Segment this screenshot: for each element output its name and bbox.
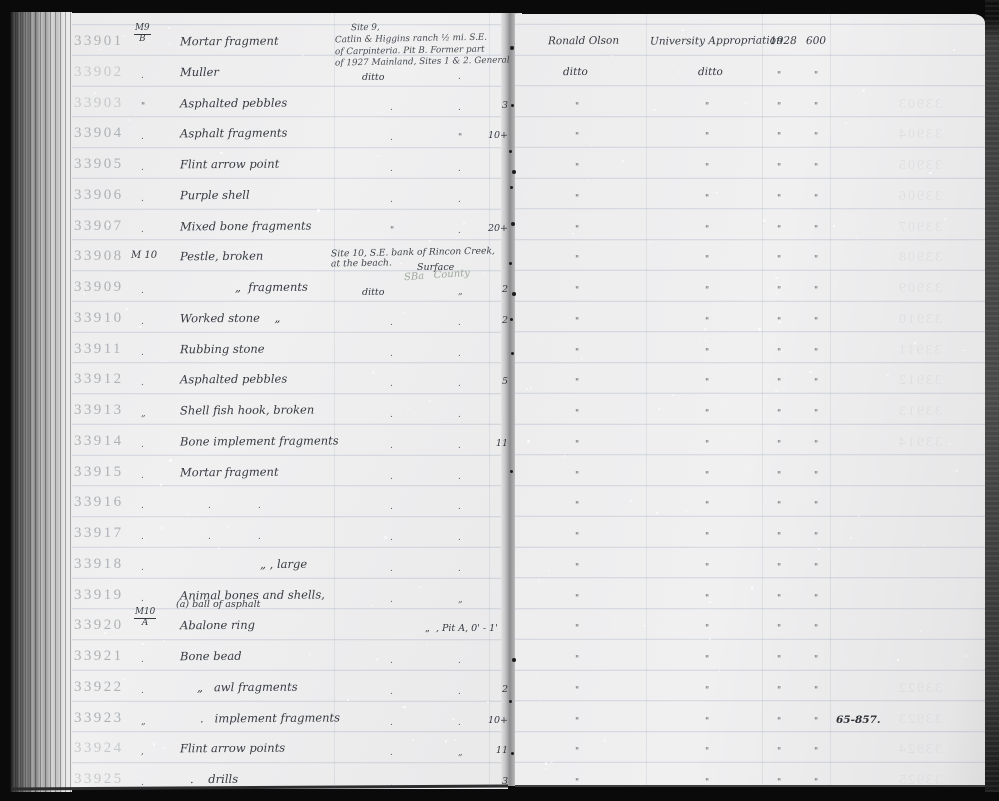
year-note: " <box>777 624 781 634</box>
paper-speck <box>704 328 707 331</box>
locality-mark: . <box>390 133 393 143</box>
site-mark: M10A <box>134 608 156 628</box>
paper-speck <box>173 405 174 406</box>
price-number: " <box>814 747 818 757</box>
ghost-number: 33924 <box>897 742 942 758</box>
fund-note: " <box>705 163 709 173</box>
ghost-number: 33914 <box>897 435 942 451</box>
price-number: " <box>814 255 818 265</box>
collector-name: " <box>575 255 579 265</box>
ghost-number: 33925 <box>897 773 942 789</box>
paper-speck <box>378 112 380 114</box>
catalog-number: 33918 <box>74 556 124 573</box>
binding-thread-mark <box>509 262 512 265</box>
paper-speck <box>775 277 778 280</box>
paper-speck <box>294 222 296 224</box>
site-mark: . <box>141 594 144 604</box>
paper-speck <box>305 278 306 279</box>
locality-mark: . <box>390 441 393 451</box>
paper-speck <box>419 586 421 588</box>
locality-mark-2: . <box>458 779 461 789</box>
locality-mark: . <box>390 103 393 113</box>
paper-speck <box>341 681 342 682</box>
price-number: " <box>814 409 818 419</box>
paper-speck <box>164 361 166 363</box>
catalog-number: 33907 <box>74 218 124 235</box>
price-number: " <box>814 378 818 388</box>
paper-speck <box>581 357 583 359</box>
object-description: Shell fish hook, broken <box>180 403 314 418</box>
paper-speck <box>153 743 155 745</box>
locality-mark-2: . <box>458 533 461 543</box>
paper-speck <box>527 440 530 443</box>
locality-mark: . <box>390 318 393 328</box>
paper-speck <box>107 223 110 226</box>
paper-speck <box>139 326 141 328</box>
paper-speck <box>644 625 646 627</box>
price-number: " <box>814 655 818 665</box>
fund-note: " <box>705 655 709 665</box>
site-mark: . <box>141 501 144 511</box>
site-mark: . <box>141 471 144 481</box>
year-note: " <box>777 440 781 450</box>
locality-mark: . <box>390 748 393 758</box>
paper-speck <box>613 623 615 625</box>
paper-speck <box>463 222 466 225</box>
paper-speck <box>687 101 688 102</box>
paper-speck <box>775 389 778 392</box>
paper-speck <box>763 219 766 222</box>
paper-speck <box>550 761 552 763</box>
price-number: " <box>814 594 818 604</box>
locality-mark: „ , Pit A, 0' - 1' <box>425 623 498 634</box>
paper-speck <box>818 548 820 550</box>
locality-mark: . <box>390 533 393 543</box>
object-description: Asphalted pebbles <box>180 372 287 387</box>
fund-note: " <box>705 532 709 542</box>
object-description: Flint arrow points <box>180 741 285 756</box>
paper-speck <box>672 394 674 396</box>
paper-speck <box>347 699 349 701</box>
paper-speck <box>658 408 660 410</box>
locality-mark-2: . <box>458 472 461 482</box>
paper-speck <box>862 89 865 92</box>
fund-note: " <box>705 225 709 235</box>
binding-thread-mark <box>511 222 515 226</box>
locality-mark: . <box>390 595 393 605</box>
fund-note: " <box>705 778 709 788</box>
paper-speck <box>250 208 251 209</box>
ghost-number: 33907 <box>897 220 942 236</box>
site-mark: . <box>141 225 144 235</box>
quantity: 2 <box>468 315 508 326</box>
paper-speck <box>169 43 171 45</box>
price-number: " <box>814 686 818 696</box>
paper-speck <box>758 328 760 330</box>
paper-speck <box>897 659 899 661</box>
site-mark: . <box>141 378 144 388</box>
collector-name: " <box>575 378 579 388</box>
fund-note: ditto <box>698 66 723 78</box>
price-number: " <box>814 317 818 327</box>
quantity: 10+ <box>468 130 508 141</box>
year-note: " <box>777 471 781 481</box>
catalog-number: 33916 <box>74 494 124 511</box>
object-description: . <box>208 532 211 542</box>
locality-mark: . <box>390 349 393 359</box>
site-mark: " <box>141 102 145 112</box>
quantity: 20+ <box>468 223 508 234</box>
paper-speck <box>163 640 165 642</box>
catalog-number: 33919 <box>74 587 124 604</box>
object-description: Mortar fragment <box>180 464 279 479</box>
paper-speck <box>400 263 402 265</box>
object-description: . drills <box>190 772 238 786</box>
object-description: Mortar fragment <box>180 34 279 49</box>
paper-speck <box>751 586 754 589</box>
paper-speck <box>564 455 566 457</box>
paper-speck <box>850 537 852 539</box>
paper-speck <box>484 272 486 274</box>
object-description: Muller <box>180 65 219 79</box>
catalog-number: 33905 <box>74 156 124 173</box>
locality-mark-2: . <box>458 718 461 728</box>
paper-speck <box>538 580 541 583</box>
locality-ditto: ditto <box>362 287 384 298</box>
paper-speck <box>649 241 652 244</box>
quantity: 3 <box>468 100 508 111</box>
paper-speck <box>228 526 229 527</box>
paper-speck <box>724 399 726 401</box>
paper-speck <box>530 387 533 390</box>
year-note: " <box>777 255 781 265</box>
locality-mark: . <box>390 687 393 697</box>
binding-thread-mark <box>509 700 512 703</box>
locality-mark: . <box>390 564 393 574</box>
paper-speck <box>357 186 358 187</box>
paper-speck <box>317 209 319 211</box>
price-note: 65-857. <box>836 714 881 726</box>
binding-thread-mark <box>510 46 514 50</box>
price-number: " <box>814 71 818 81</box>
ghost-number: 33913 <box>897 404 942 420</box>
object-description-note: (a) ball of asphalt <box>176 599 260 610</box>
ghost-number: 33905 <box>897 158 942 174</box>
paper-speck <box>712 711 713 712</box>
paper-speck <box>452 718 454 720</box>
site-mark: . <box>141 71 144 81</box>
ghost-number: 33909 <box>897 281 942 297</box>
price-number: " <box>814 501 818 511</box>
collector-name: " <box>575 563 579 573</box>
fund-note: " <box>705 624 709 634</box>
collector-name: " <box>575 532 579 542</box>
site-mark: . <box>141 163 144 173</box>
object-description: Abalone ring <box>180 618 255 633</box>
price-number: " <box>814 624 818 634</box>
quantity: 3 <box>468 776 508 787</box>
paper-speck <box>774 342 775 343</box>
locality-line: Catlin & Higgins ranch ½ mi. S.E. <box>335 33 487 46</box>
paper-speck <box>656 512 657 513</box>
locality-mark-2: . <box>458 656 461 666</box>
paper-speck <box>809 371 812 374</box>
site-mark: „ <box>141 409 146 419</box>
locality-mark-2: . <box>458 502 461 512</box>
catalog-number: 33914 <box>74 433 124 450</box>
paper-speck <box>810 38 812 40</box>
binding-thread-mark <box>512 170 516 174</box>
paper-speck <box>372 371 375 374</box>
paper-speck <box>944 218 946 220</box>
paper-speck <box>781 350 783 352</box>
price-number: " <box>814 225 818 235</box>
locality-mark-2: . <box>458 226 461 236</box>
paper-speck <box>716 192 718 194</box>
price-number: " <box>814 348 818 358</box>
paper-speck <box>611 55 613 57</box>
paper-speck <box>622 160 624 162</box>
paper-speck <box>709 601 711 603</box>
collector-name: " <box>575 686 579 696</box>
price-number: " <box>814 440 818 450</box>
quantity: 11 <box>468 438 508 449</box>
catalog-number: 33912 <box>74 371 124 388</box>
paper-speck <box>918 678 919 679</box>
fund-note: " <box>705 255 709 265</box>
locality-mark-2: „ <box>458 287 463 297</box>
catalog-number: 33923 <box>74 710 124 727</box>
collector-name: " <box>575 132 579 142</box>
paper-speck <box>385 507 386 508</box>
paper-speck <box>142 735 143 736</box>
paper-speck <box>883 299 884 300</box>
paper-speck <box>371 605 372 606</box>
paper-speck <box>403 312 406 315</box>
paper-speck <box>845 122 847 124</box>
binding-thread-mark <box>510 470 513 473</box>
locality-mark-2: . <box>458 103 461 113</box>
paper-speck <box>834 286 836 288</box>
paper-speck <box>123 35 124 36</box>
catalog-number: 33904 <box>74 125 124 142</box>
paper-speck <box>678 71 680 73</box>
paper-speck <box>168 27 170 29</box>
fund-note: " <box>705 132 709 142</box>
fund-note: " <box>705 471 709 481</box>
fund-note: " <box>705 747 709 757</box>
paper-speck <box>526 388 528 390</box>
paper-speck <box>261 151 263 153</box>
paper-speck <box>929 172 931 174</box>
site-mark: . <box>141 655 144 665</box>
collector-name: " <box>575 747 579 757</box>
locality-mark: . <box>390 164 393 174</box>
object-description: Bone bead <box>180 649 242 663</box>
ghost-number: 33903 <box>897 97 942 113</box>
site-mark: M 10 <box>131 250 157 261</box>
year-note: " <box>777 102 781 112</box>
locality-mark-2: . <box>458 410 461 420</box>
collector-name: " <box>575 624 579 634</box>
paper-speck <box>845 208 846 209</box>
fund-note: " <box>705 317 709 327</box>
quantity: 10+ <box>468 715 508 726</box>
quantity: 2 <box>468 684 508 695</box>
paper-speck <box>377 155 379 157</box>
catalog-number: 33902 <box>74 64 124 81</box>
locality-mark: . <box>390 718 393 728</box>
site-mark-bottom: A <box>142 619 148 629</box>
collector-name: " <box>575 655 579 665</box>
ghost-number: 33904 <box>897 127 942 143</box>
catalog-number: 33915 <box>74 464 124 481</box>
paper-speck <box>858 515 860 517</box>
object-description: . implement fragments <box>200 710 340 725</box>
year-note: " <box>777 686 781 696</box>
locality-ditto: ditto <box>362 72 384 83</box>
site-mark-bottom: B <box>139 35 145 45</box>
paper-speck <box>784 439 785 440</box>
price-number: " <box>814 286 818 296</box>
paper-speck <box>126 308 128 310</box>
object-description-ditto: . <box>258 501 261 511</box>
collector-name: " <box>575 225 579 235</box>
site-mark: . <box>141 286 144 296</box>
paper-speck <box>220 152 222 154</box>
catalog-number: 33910 <box>74 310 124 327</box>
paper-speck <box>376 658 379 661</box>
paper-speck <box>644 592 645 593</box>
paper-speck <box>163 747 165 749</box>
year-note: 1928 <box>770 35 797 47</box>
site-mark: . <box>141 563 144 573</box>
paper-speck <box>587 179 589 181</box>
price-number: " <box>814 471 818 481</box>
locality-mark-2: " <box>458 133 462 143</box>
paper-speck <box>685 511 687 513</box>
locality-mark: . <box>390 502 393 512</box>
catalog-number: 33903 <box>74 95 124 112</box>
paper-speck <box>161 527 163 529</box>
object-description: „ , large <box>260 557 307 571</box>
fund-note: " <box>705 440 709 450</box>
paper-speck <box>309 653 311 655</box>
site-mark: . <box>141 440 144 450</box>
object-description: Asphalted pebbles <box>180 95 287 110</box>
paper-speck <box>412 740 413 741</box>
paper-speck <box>548 570 549 571</box>
year-note: " <box>777 409 781 419</box>
year-note: " <box>777 747 781 757</box>
site-mark: . <box>141 317 144 327</box>
price-number: " <box>814 717 818 727</box>
paper-speck <box>963 350 964 351</box>
collector-name: " <box>575 440 579 450</box>
catalog-number: 33911 <box>74 341 123 358</box>
fund-note: " <box>705 686 709 696</box>
locality-mark-2: . <box>458 687 461 697</box>
ghost-number: 33922 <box>897 681 942 697</box>
paper-speck <box>545 768 547 770</box>
year-note: " <box>777 225 781 235</box>
paper-speck <box>653 109 655 111</box>
site-mark: . <box>141 686 144 696</box>
catalog-number: 33908 <box>74 248 124 265</box>
binding-thread-mark <box>511 352 514 355</box>
paper-speck <box>577 33 578 34</box>
paper-speck <box>603 739 606 742</box>
paper-speck <box>169 459 172 462</box>
locality-mark: . <box>390 656 393 666</box>
paper-speck <box>384 536 387 539</box>
object-description: Purple shell <box>180 188 250 202</box>
fund-note: " <box>705 378 709 388</box>
paper-speck <box>749 469 751 471</box>
locality-mark: . <box>390 779 393 789</box>
paper-speck <box>779 321 780 322</box>
fund-note: " <box>705 348 709 358</box>
collector-name: " <box>575 717 579 727</box>
paper-speck <box>539 700 540 701</box>
object-description: Asphalt fragments <box>180 126 288 141</box>
paper-speck <box>149 235 150 236</box>
locality-mark: . <box>390 379 393 389</box>
quantity: 5 <box>468 376 508 387</box>
object-description: Rubbing stone <box>180 341 265 356</box>
year-note: " <box>777 71 781 81</box>
collector-name: " <box>575 102 579 112</box>
fund-note: " <box>705 501 709 511</box>
paper-speck <box>745 102 748 105</box>
catalog-number: 33921 <box>74 648 124 665</box>
paper-speck <box>949 443 952 446</box>
paper-speck <box>572 233 574 235</box>
price-number: " <box>814 532 818 542</box>
paper-speck <box>955 469 957 471</box>
paper-speck <box>403 706 406 709</box>
locality-mark-2: . <box>458 318 461 328</box>
object-description: „ awl fragments <box>197 679 298 694</box>
paper-speck <box>920 630 922 632</box>
paper-speck <box>536 676 538 678</box>
collector-name: " <box>575 778 579 788</box>
year-note: " <box>777 163 781 173</box>
paper-speck <box>302 54 304 56</box>
paper-speck <box>590 145 592 147</box>
year-note: " <box>777 194 781 204</box>
fund-note: University Appropriation <box>650 34 783 47</box>
year-note: " <box>777 778 781 788</box>
locality-line: of 1927 Mainland, Sites 1 & 2. General <box>335 55 510 68</box>
pencil-annotation: SBa County <box>404 268 471 284</box>
paper-speck <box>453 739 455 741</box>
paper-speck <box>705 340 707 342</box>
paper-speck <box>545 762 547 764</box>
year-note: " <box>777 132 781 142</box>
catalog-number: 33922 <box>74 679 124 696</box>
paper-speck <box>953 49 955 51</box>
site-mark: „ <box>141 717 146 727</box>
paper-speck <box>143 537 145 539</box>
fund-note: " <box>705 563 709 573</box>
collector-name: " <box>575 348 579 358</box>
locality-mark-2: „ <box>458 595 463 605</box>
locality-mark-2: . <box>458 379 461 389</box>
collector-name: ditto <box>563 66 588 78</box>
paper-speck <box>886 374 888 376</box>
site-mark: . <box>141 132 144 142</box>
